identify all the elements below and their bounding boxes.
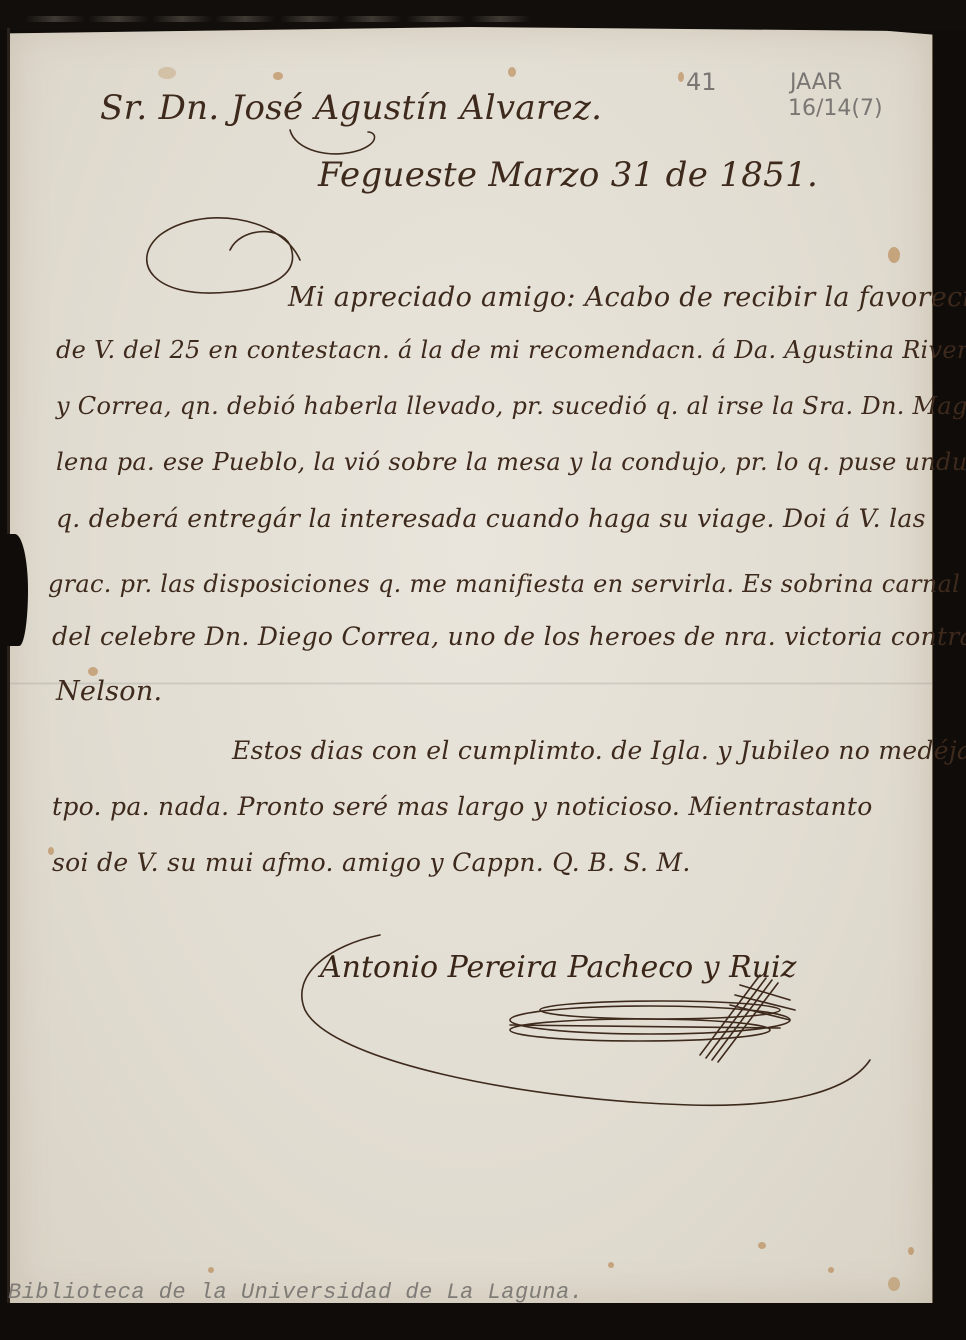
foxing-spot: [758, 1242, 766, 1249]
letter-line: de V. del 25 en contestacn. á la de mi r…: [56, 336, 966, 364]
ruler-mark: [215, 16, 275, 22]
archive-mark-line2: 16/14(7): [788, 98, 883, 120]
foxing-spot: [888, 247, 900, 263]
letter-line: soi de V. su mui afmo. amigo y Cappn. Q.…: [52, 848, 691, 877]
foxing-spot: [608, 1262, 614, 1268]
foxing-spot: [158, 67, 176, 79]
ruler-mark: [470, 16, 530, 22]
foxing-spot: [888, 1277, 900, 1291]
library-watermark: Biblioteca de la Universidad de La Lagun…: [8, 1280, 584, 1305]
foxing-spot: [508, 67, 516, 77]
foxing-spot: [828, 1267, 834, 1273]
letter-line: lena pa. ese Pueblo, la vió sobre la mes…: [56, 448, 966, 476]
folio-number: 41: [686, 70, 717, 94]
letter-paper: [8, 27, 933, 1303]
foxing-spot: [908, 1247, 914, 1255]
archive-mark-line1: JAAR: [790, 72, 842, 94]
document-scan: 41 JAAR 16/14(7) Sr. Dn. José Agustín Al…: [0, 0, 966, 1340]
ruler-mark: [88, 16, 148, 22]
scanner-bed-top: [0, 0, 966, 30]
foxing-spot: [208, 1267, 214, 1273]
letter-line: Nelson.: [56, 676, 162, 707]
letter-line: del celebre Dn. Diego Correa, uno de los…: [52, 622, 966, 651]
foxing-spot: [88, 667, 98, 676]
letter-line: Estos dias con el cumplimto. de Igla. y …: [232, 736, 966, 765]
ruler-mark: [406, 16, 466, 22]
letter-line: tpo. pa. nada. Pronto seré mas largo y n…: [52, 792, 873, 821]
ruler-mark: [152, 16, 212, 22]
letter-line: q. deberá entregár la interesada cuando …: [56, 504, 926, 533]
ruler-mark: [280, 16, 340, 22]
letter-addressee: Sr. Dn. José Agustín Alvarez.: [100, 88, 602, 128]
letter-line: y Correa, qn. debió haberla llevado, pr.…: [56, 392, 966, 420]
letter-line: grac. pr. las disposiciones q. me manifi…: [48, 570, 960, 598]
foxing-spot: [678, 72, 684, 82]
letter-place-date: Fegueste Marzo 31 de 1851.: [318, 155, 818, 195]
letter-signature: Antonio Pereira Pacheco y Ruiz: [320, 950, 796, 985]
letter-line: Mi apreciado amigo: Acabo de recibir la …: [288, 282, 966, 313]
foxing-spot: [273, 72, 283, 80]
ruler-mark: [25, 16, 85, 22]
scanner-bed-bottom: [0, 1303, 966, 1340]
paper-left-edge: [7, 28, 10, 1303]
ruler-mark: [342, 16, 402, 22]
